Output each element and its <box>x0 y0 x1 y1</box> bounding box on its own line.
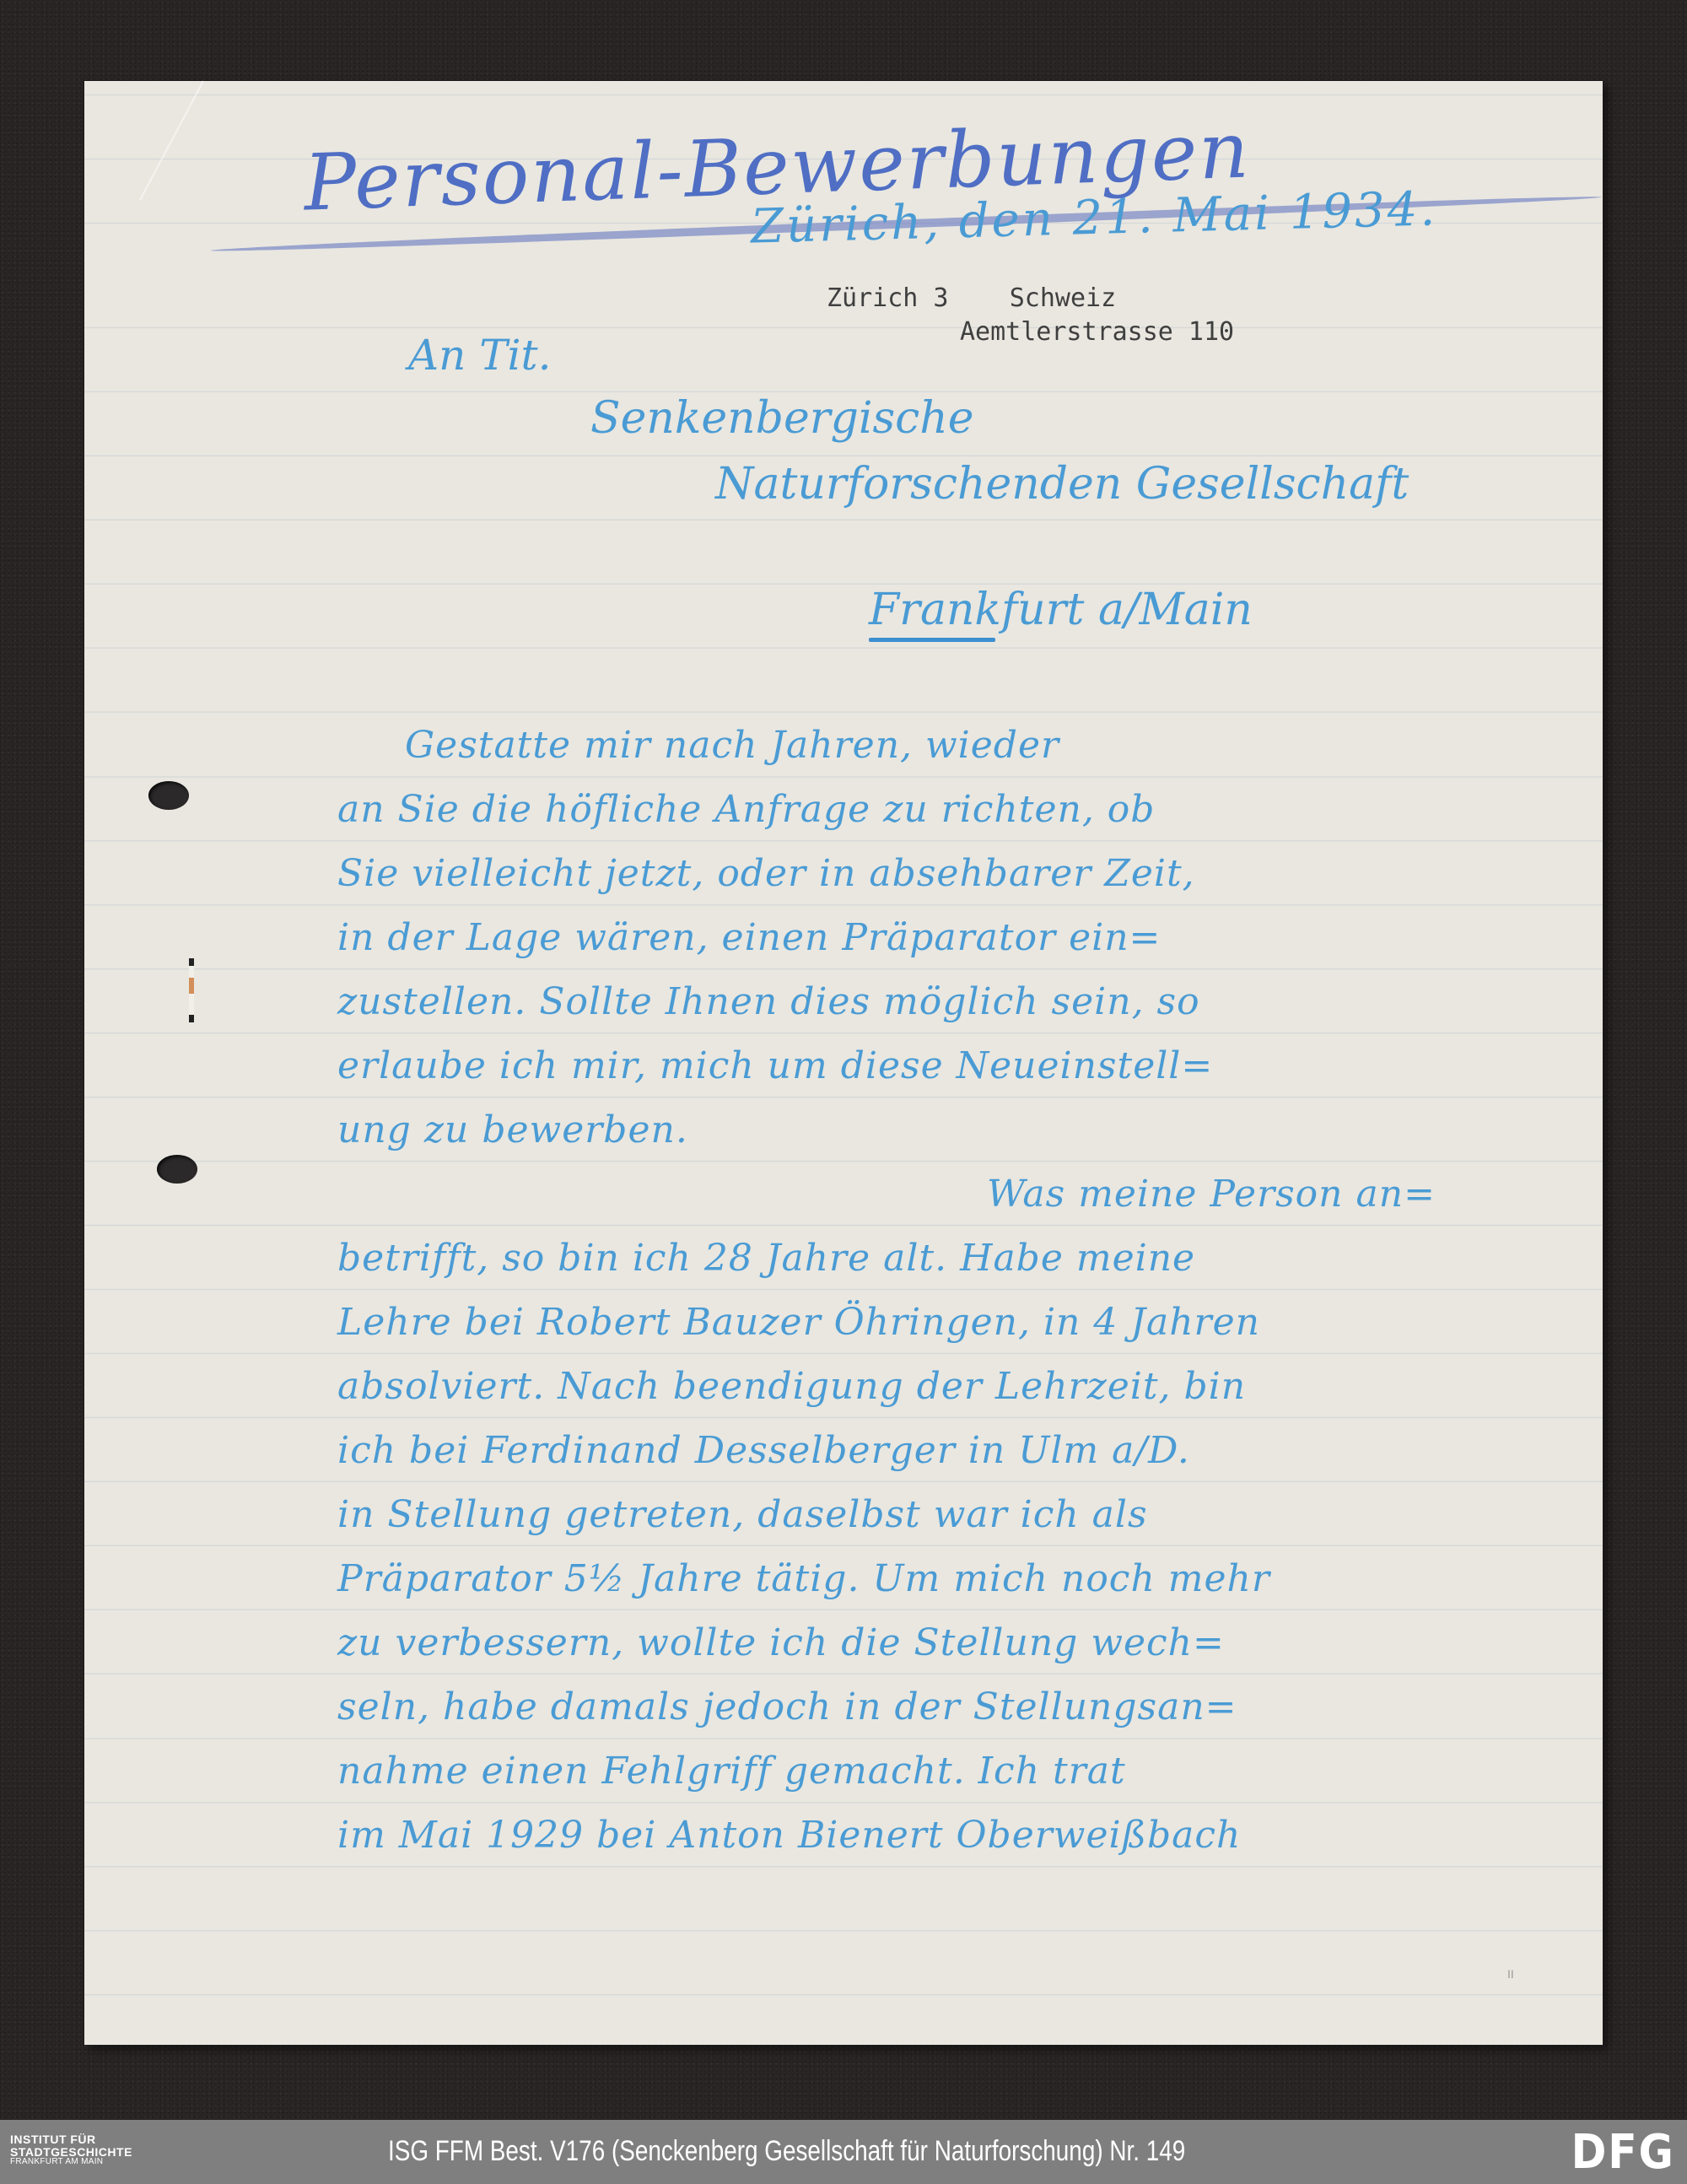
dfg-logo: DFG <box>1571 2128 1675 2177</box>
recipient-underline <box>869 638 995 642</box>
body-line: nahme einen Fehlgriff gemacht. Ich trat <box>337 1750 1126 1793</box>
body-line: seln, habe damals jedoch in der Stellung… <box>337 1685 1237 1728</box>
body-line: erlaube ich mir, mich um diese Neueinste… <box>337 1044 1213 1087</box>
page-mark: II <box>1507 1967 1514 1981</box>
recipient-line-3: Frankfurt a/Main <box>869 585 1253 635</box>
body-line: Präparator 5½ Jahre tätig. Um mich noch … <box>337 1557 1270 1600</box>
typed-city: Zürich 3 <box>827 283 949 313</box>
archive-caption: ISG FFM Best. V176 (Senckenberg Gesellsc… <box>388 2135 1185 2168</box>
typed-address-line-1: Zürich 3 Schweiz <box>827 283 1116 313</box>
institution-line-2: STADTGESCHICHTE <box>10 2146 132 2159</box>
isg-institution-logo: INSTITUT FÜR STADTGESCHICHTE FRANKFURT A… <box>10 2133 132 2167</box>
body-line: Lehre bei Robert Bauzer Öhringen, in 4 J… <box>337 1301 1260 1344</box>
body-line: an Sie die höfliche Anfrage zu richten, … <box>337 788 1155 831</box>
body-line: Was meine Person an= <box>987 1173 1436 1216</box>
body-line: in der Lage wären, einen Präparator ein= <box>337 916 1161 959</box>
body-line: im Mai 1929 bei Anton Bienert Oberweißba… <box>337 1814 1241 1857</box>
recipient-line-1: Senkenbergische <box>590 393 974 444</box>
archive-footer-bar: INSTITUT FÜR STADTGESCHICHTE FRANKFURT A… <box>0 2120 1687 2184</box>
body-line: betrifft, so bin ich 28 Jahre alt. Habe … <box>337 1237 1195 1280</box>
body-line: Sie vielleicht jetzt, oder in absehbarer… <box>337 852 1195 895</box>
body-line: zustellen. Sollte Ihnen dies möglich sei… <box>337 980 1200 1023</box>
body-line: Gestatte mir nach Jahren, wieder <box>405 724 1059 767</box>
salutation-prefix: An Tit. <box>408 331 552 380</box>
body-line: ung zu bewerben. <box>337 1108 688 1151</box>
punch-hole-bottom <box>157 1155 197 1184</box>
body-line: ich bei Ferdinand Desselberger in Ulm a/… <box>337 1429 1190 1472</box>
body-line: absolviert. Nach beendigung der Lehrzeit… <box>337 1365 1246 1408</box>
paper-fold-crease <box>139 81 204 201</box>
punch-hole-top <box>148 781 189 810</box>
staple-slit <box>189 958 194 1022</box>
typed-country: Schweiz <box>1010 283 1116 313</box>
typed-spacer <box>949 283 1010 313</box>
letter-page: Personal-Bewerbungen Zürich, den 21. Mai… <box>84 81 1603 2045</box>
body-line: in Stellung getreten, daselbst war ich a… <box>337 1493 1148 1536</box>
recipient-line-2: Naturforschenden Gesellschaft <box>715 459 1409 510</box>
body-line: zu verbessern, wollte ich die Stellung w… <box>337 1621 1225 1664</box>
typed-address-line-2: Aemtlerstrasse 110 <box>960 317 1234 347</box>
institution-line-1: INSTITUT FÜR <box>10 2133 132 2146</box>
institution-line-3: FRANKFURT AM MAIN <box>10 2158 132 2167</box>
